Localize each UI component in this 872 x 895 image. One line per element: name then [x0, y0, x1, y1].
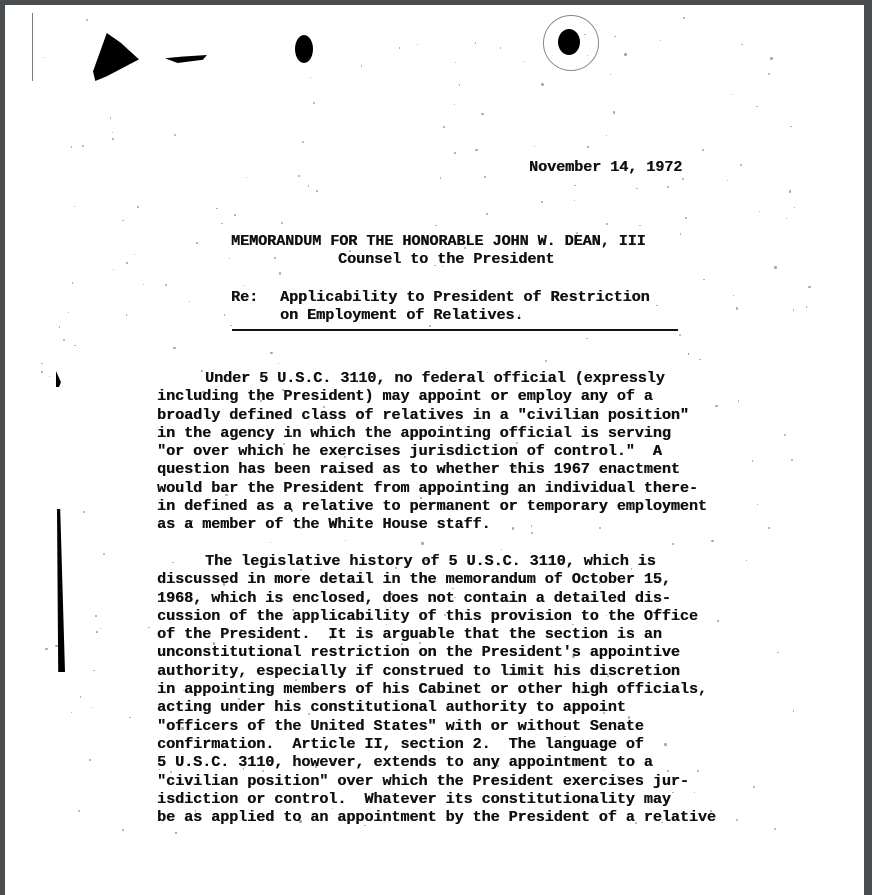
- re-subject-line: Applicability to President of Restrictio…: [280, 288, 650, 306]
- paragraph-line: The legislative history of 5 U.S.C. 3110…: [157, 552, 716, 570]
- body-paragraph: The legislative history of 5 U.S.C. 3110…: [157, 552, 716, 826]
- paragraph-line: would bar the President from appointing …: [157, 479, 707, 497]
- paragraph-line: cussion of the applicability of this pro…: [157, 607, 716, 625]
- left-page-edge: [32, 13, 33, 81]
- paragraph-line: "or over which he exercises jurisdiction…: [157, 442, 707, 460]
- punch-hole-mark: [558, 29, 580, 55]
- paragraph-line: of the President. It is arguable that th…: [157, 625, 716, 643]
- paragraph-line: 5 U.S.C. 3110, however, extends to any a…: [157, 753, 716, 771]
- re-subject-line: on Employment of Relatives.: [280, 306, 523, 324]
- paragraph-line: in the agency in which the appointing of…: [157, 424, 707, 442]
- paragraph-line: "civilian position" over which the Presi…: [157, 772, 716, 790]
- subject-underline: [232, 329, 678, 331]
- paragraph-line: be as applied to an appointment by the P…: [157, 808, 716, 826]
- punch-hole-mark: [295, 35, 313, 63]
- re-label: Re:: [231, 288, 258, 306]
- paragraph-line: "officers of the United States" with or …: [157, 717, 716, 735]
- paragraph-line: as a member of the White House staff.: [157, 515, 707, 533]
- paragraph-line: discussed in more detail in the memorand…: [157, 570, 716, 588]
- paragraph-line: including the President) may appoint or …: [157, 387, 707, 405]
- body-paragraph: Under 5 U.S.C. 3110, no federal official…: [157, 369, 707, 534]
- memo-heading: MEMORANDUM FOR THE HONORABLE JOHN W. DEA…: [231, 232, 646, 250]
- left-margin-bar: [57, 509, 65, 672]
- ink-smear: [165, 55, 207, 63]
- paragraph-line: authority, especially if construed to li…: [157, 662, 716, 680]
- paragraph-line: in defined as a relative to permanent or…: [157, 497, 707, 515]
- paragraph-line: in appointing members of his Cabinet or …: [157, 680, 716, 698]
- left-margin-mark: [56, 371, 61, 387]
- paragraph-line: confirmation. Article II, section 2. The…: [157, 735, 716, 753]
- paragraph-line: broadly defined class of relatives in a …: [157, 406, 707, 424]
- memo-subheading: Counsel to the President: [338, 250, 554, 268]
- paragraph-line: isdiction or control. Whatever its const…: [157, 790, 716, 808]
- paragraph-line: Under 5 U.S.C. 3110, no federal official…: [157, 369, 707, 387]
- document-page: November 14, 1972 MEMORANDUM FOR THE HON…: [5, 5, 864, 895]
- paragraph-line: unconstitutional restriction on the Pres…: [157, 643, 716, 661]
- paragraph-line: acting under his constitutional authorit…: [157, 698, 716, 716]
- paragraph-line: 1968, which is enclosed, does not contai…: [157, 589, 716, 607]
- ink-blot: [93, 33, 139, 81]
- memo-date: November 14, 1972: [529, 158, 682, 176]
- paragraph-line: question has been raised as to whether t…: [157, 460, 707, 478]
